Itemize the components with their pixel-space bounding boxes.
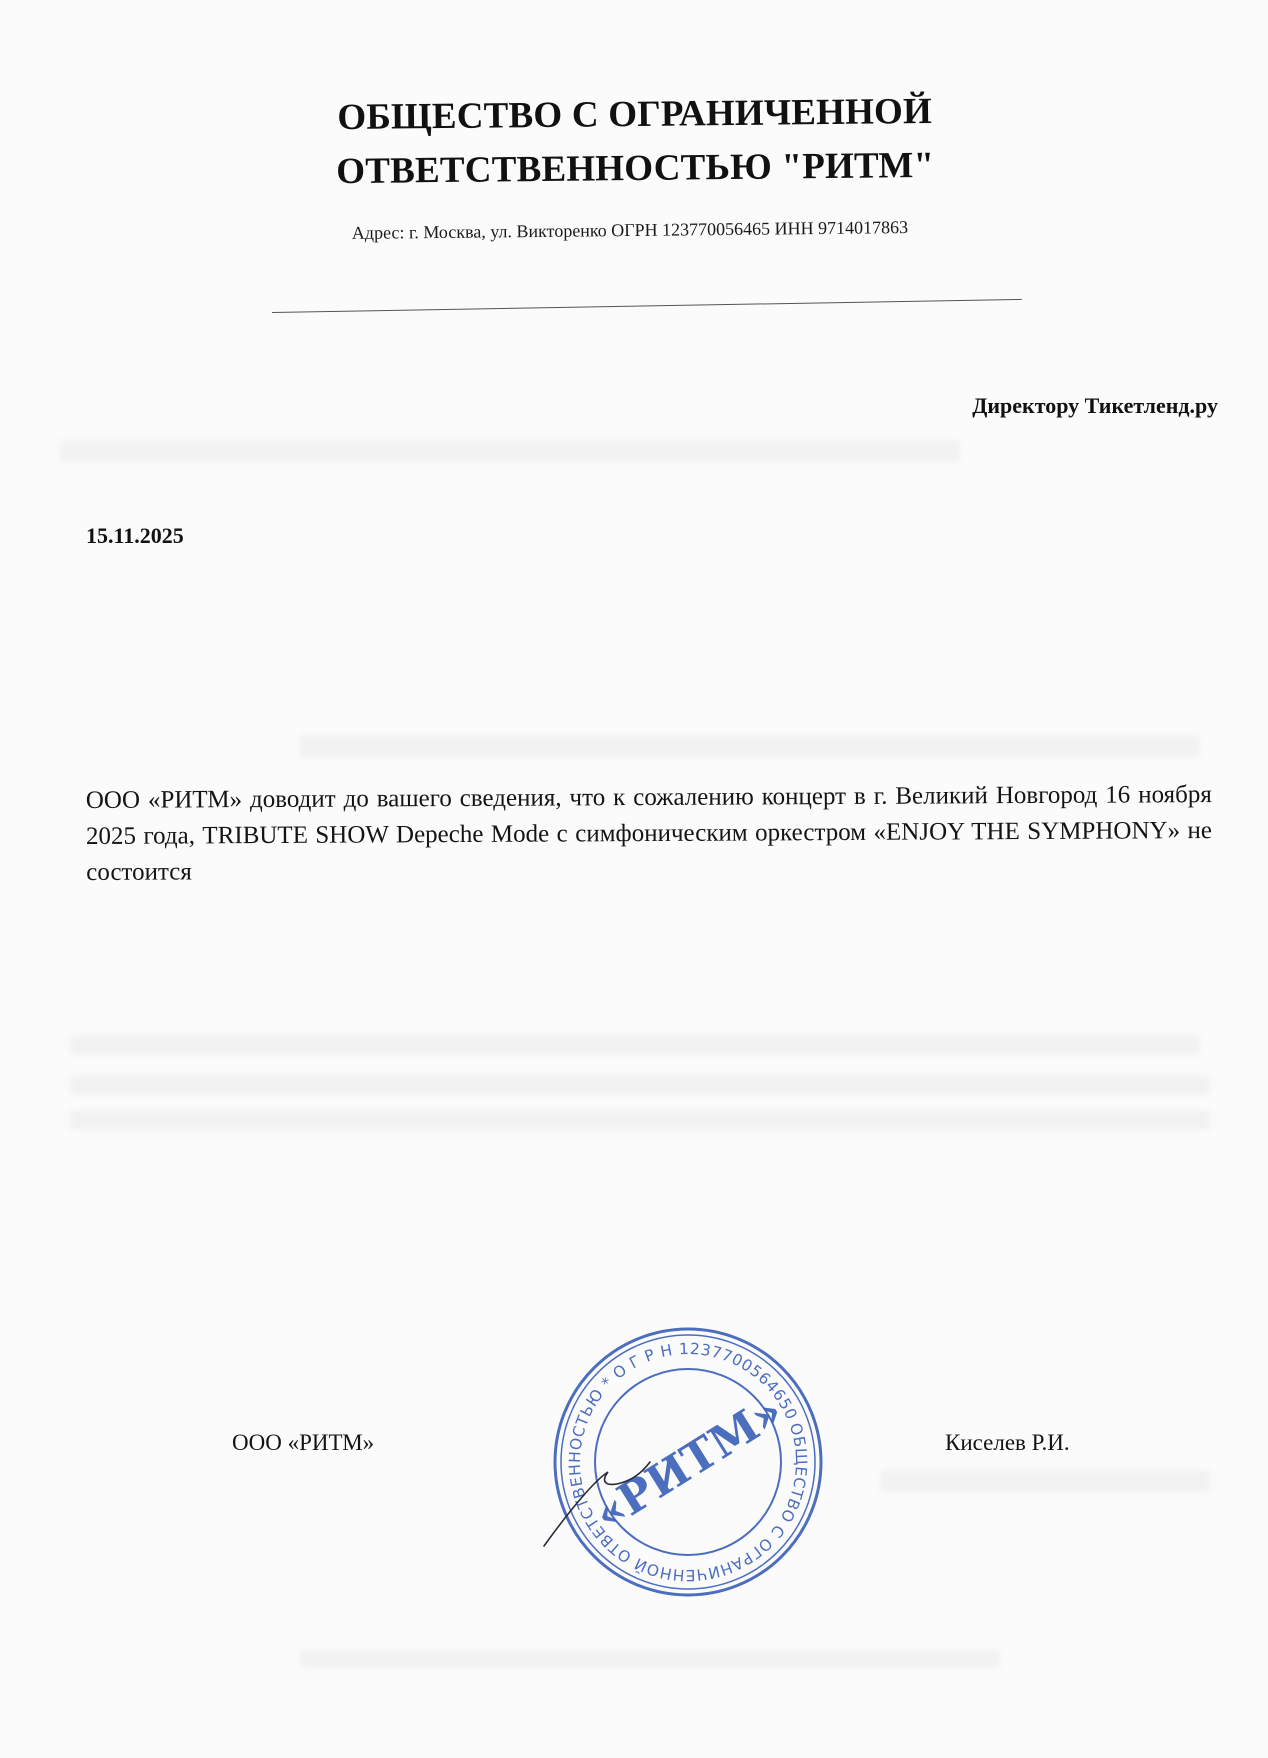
letter-page: ОБЩЕСТВО С ОГРАНИЧЕННОЙ ОТВЕТСТВЕННОСТЬЮ… bbox=[0, 0, 1268, 1758]
letter-body: ООО «РИТМ» доводит до вашего сведения, ч… bbox=[86, 777, 1213, 891]
bleed-through-texture bbox=[70, 1035, 1200, 1055]
letterhead-address: Адрес: г. Москва, ул. Викторенко ОГРН 12… bbox=[240, 216, 1020, 245]
bleed-through-texture bbox=[60, 440, 960, 462]
handwritten-signature-icon bbox=[540, 1430, 660, 1550]
signatory-name: Киселев Р.И. bbox=[945, 1430, 1070, 1456]
bleed-through-texture bbox=[880, 1470, 1210, 1492]
bleed-through-texture bbox=[70, 1075, 1210, 1095]
bleed-through-texture bbox=[300, 1650, 1000, 1668]
bleed-through-texture bbox=[70, 1110, 1210, 1130]
letterhead-title-line2: ОТВЕТСТВЕННОСТЬЮ "РИТМ" bbox=[250, 138, 1021, 200]
letterhead-divider bbox=[272, 299, 1022, 313]
letterhead-title-line1: ОБЩЕСТВО С ОГРАНИЧЕННОЙ bbox=[249, 84, 1020, 146]
recipient: Директору Тикетленд.ру bbox=[972, 393, 1218, 419]
bleed-through-texture bbox=[300, 735, 1200, 757]
letter-date: 15.11.2025 bbox=[86, 523, 184, 549]
letterhead-title: ОБЩЕСТВО С ОГРАНИЧЕННОЙ ОТВЕТСТВЕННОСТЬЮ… bbox=[249, 84, 1020, 200]
signature-organization: ООО «РИТМ» bbox=[232, 1430, 374, 1456]
